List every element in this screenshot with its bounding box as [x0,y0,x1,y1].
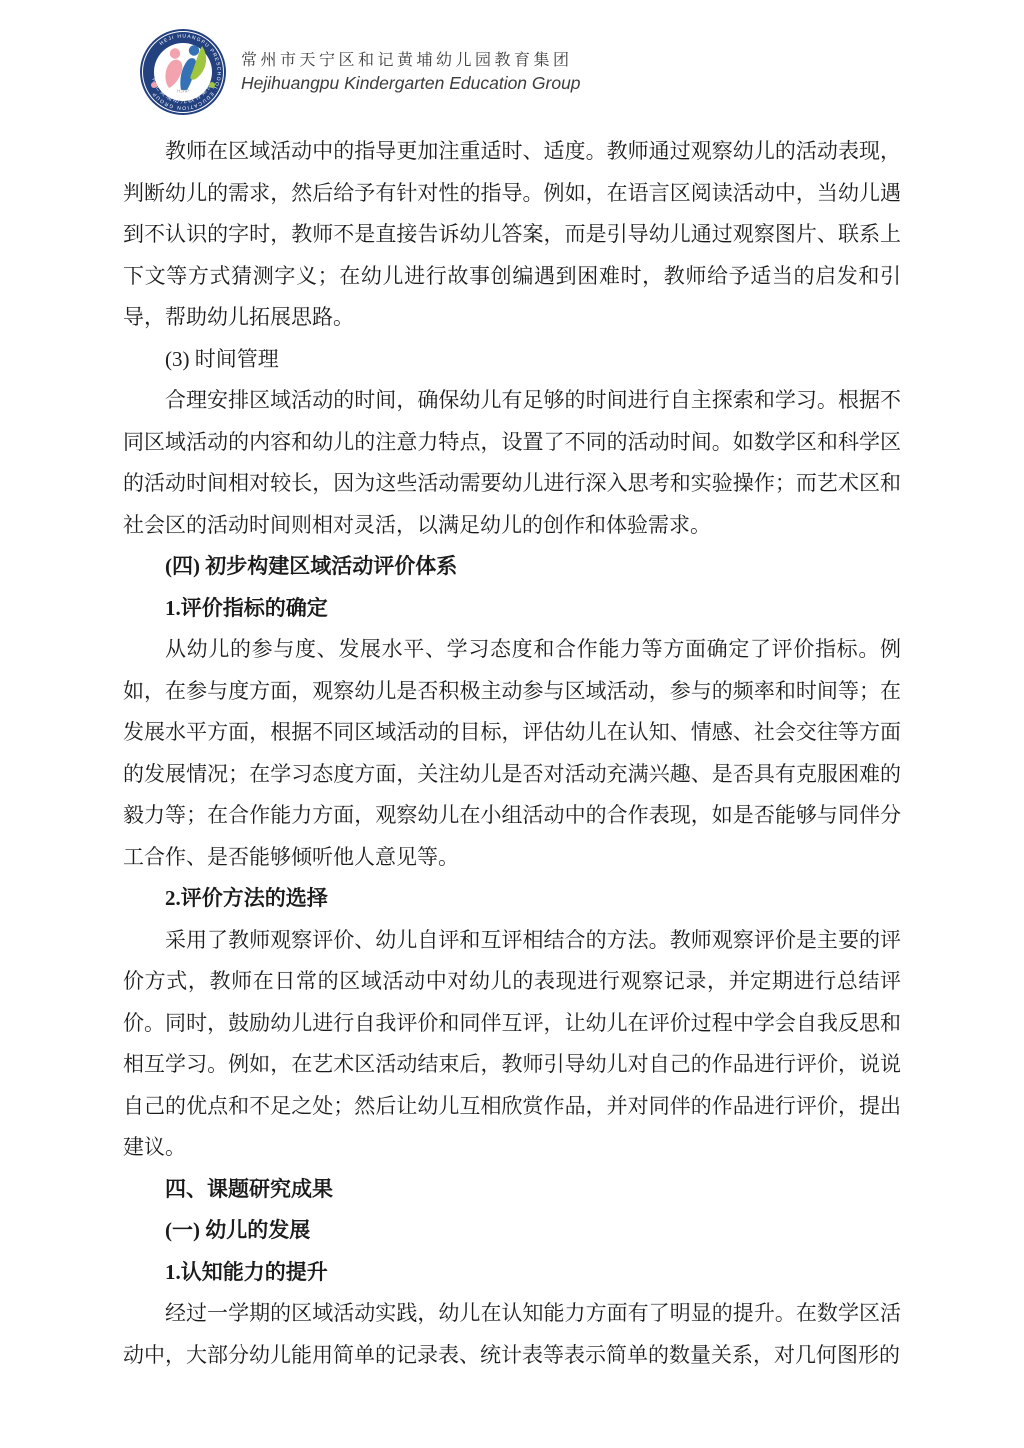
heading-evaluation-methods: 2.评价方法的选择 [123,878,901,920]
heading-time-management: (3) 时间管理 [123,339,901,381]
paragraph-time-arrangement: 合理安排区域活动的时间，确保幼儿有足够的时间进行自主探索和学习。根据不同区域活动… [123,380,901,546]
paragraph-cognitive-improvement: 经过一学期的区域活动实践，幼儿在认知能力方面有了明显的提升。在数学区活动中，大部… [123,1293,901,1376]
document-page: HEJI HUANGPU PRESCHOOL EDUCATION GROUP 和… [0,0,1024,1448]
badge-chip-pink [151,82,157,88]
heading-child-development: (一) 幼儿的发展 [123,1210,901,1252]
paragraph-evaluation-indicators: 从幼儿的参与度、发展水平、学习态度和合作能力等方面确定了评价指标。例如，在参与度… [123,629,901,878]
badge-monogram: HJHP [177,89,189,94]
heading-cognitive-improvement: 1.认知能力的提升 [123,1252,901,1294]
document-body: 教师在区域活动中的指导更加注重适时、适度。教师通过观察幼儿的活动表现，判断幼儿的… [123,131,901,1376]
paragraph-teacher-guidance: 教师在区域活动中的指导更加注重适时、适度。教师通过观察幼儿的活动表现，判断幼儿的… [123,131,901,339]
kindergarten-badge-icon: HEJI HUANGPU PRESCHOOL EDUCATION GROUP 和… [139,28,227,116]
heading-evaluation-indicators: 1.评价指标的确定 [123,588,901,630]
org-name-zh: 常州市天宁区和记黄埔幼儿园教育集团 [241,50,581,72]
heading-evaluation-system: (四) 初步构建区域活动评价体系 [123,546,901,588]
heading-research-results: 四、课题研究成果 [123,1169,901,1211]
org-name-en: Hejihuangpu Kindergarten Education Group [241,72,581,94]
letterhead: HEJI HUANGPU PRESCHOOL EDUCATION GROUP 和… [139,28,581,116]
badge-chip-green [209,82,215,88]
org-names: 常州市天宁区和记黄埔幼儿园教育集团 Hejihuangpu Kindergart… [241,50,581,94]
paragraph-evaluation-methods: 采用了教师观察评价、幼儿自评和互评相结合的方法。教师观察评价是主要的评价方式，教… [123,920,901,1169]
